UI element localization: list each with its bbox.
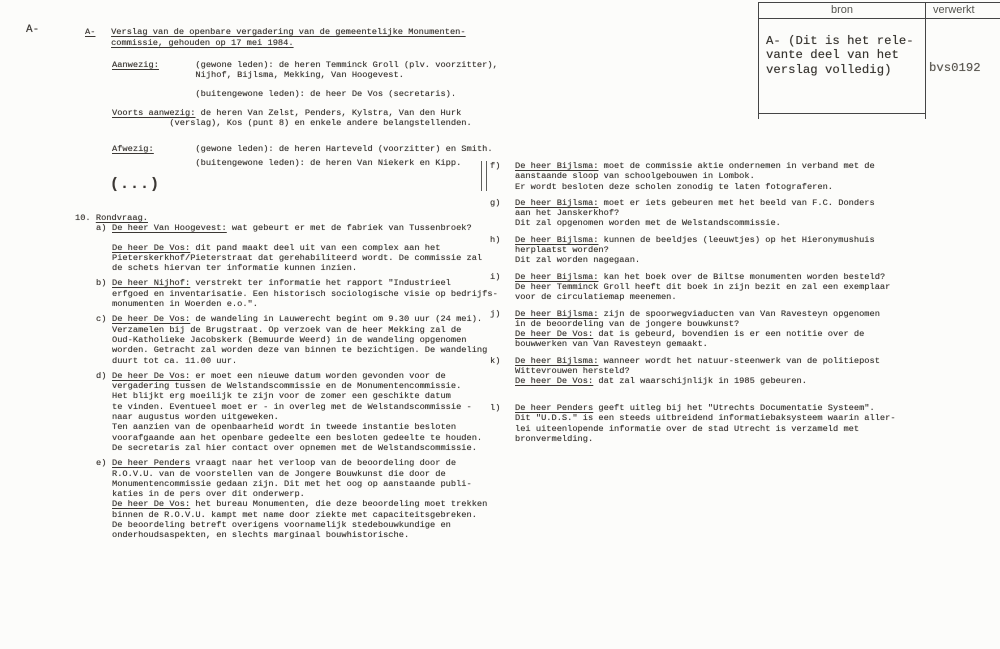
agenda-item-label: g) (490, 198, 500, 208)
stamp-table: bron verwerkt A- (Dit is het rele-vante … (758, 2, 1000, 119)
rondvraag-heading: 10. Rondvraag. (75, 213, 498, 223)
stamp-header-divider (759, 18, 1000, 19)
agenda-item-text: De heer Penders geeft uitleg bij het "Ut… (515, 403, 896, 444)
stamp-column-header-verwerkt: verwerkt (933, 4, 975, 16)
agenda-item-text: De heer Bijlsma: moet de commissie aktie… (515, 161, 896, 192)
corner-margin-mark: A- (26, 24, 39, 36)
agenda-item-text: De heer Nijhof: verstrekt ter informatie… (112, 278, 498, 309)
agenda-item-text: De heer De Vos: de wandeling in Lauwerec… (112, 314, 498, 365)
rondvraag-section: 10. Rondvraag. a) De heer Van Hoogevest:… (75, 213, 498, 546)
agenda-item-label: i) (490, 272, 500, 282)
agenda-item-label: e) (96, 458, 106, 468)
agenda-item: c) De heer De Vos: de wandeling in Lauwe… (96, 314, 498, 365)
agenda-item-text: De heer Penders vraagt naar het verloop … (112, 458, 498, 540)
agenda-item: f) De heer Bijlsma: moet de commissie ak… (490, 161, 896, 192)
agenda-item-label: j) (490, 309, 500, 319)
agenda-item: b) De heer Nijhof: verstrekt ter informa… (96, 278, 498, 309)
agenda-item-text: De heer Bijlsma: kunnen de beeldjes (lee… (515, 235, 896, 266)
stamp-bron-note: A- (Dit is het rele-vante deel van hetve… (766, 34, 914, 77)
agenda-item-text: De heer Bijlsma: wanneer wordt het natuu… (515, 356, 896, 397)
stamp-column-header-bron: bron (759, 4, 925, 16)
agenda-item: k) De heer Bijlsma: wanneer wordt het na… (490, 356, 896, 397)
agenda-item: h) De heer Bijlsma: kunnen de beeldjes (… (490, 235, 896, 266)
margin-tick-mark (481, 161, 487, 191)
agenda-item: i) De heer Bijlsma: kan het boek over de… (490, 272, 896, 303)
agenda-item-label: k) (490, 356, 500, 366)
scanned-document-page: A- bron verwerkt A- (Dit is het rele-van… (0, 0, 1000, 649)
agenda-items-f-l: f) De heer Bijlsma: moet de commissie ak… (490, 161, 896, 450)
agenda-item-text: De heer Bijlsma: kan het boek over de Bi… (515, 272, 896, 303)
agenda-item-label: c) (96, 314, 106, 324)
agenda-item-label: h) (490, 235, 500, 245)
attendance-block: Aanwezig: (gewone leden): de heren Temmi… (112, 60, 498, 168)
agenda-item-text: De heer Bijlsma: moet er iets gebeuren m… (515, 198, 896, 229)
agenda-item: l) De heer Penders geeft uitleg bij het … (490, 403, 896, 444)
agenda-item-label: b) (96, 278, 106, 288)
stamp-verwerkt-code: bvs0192 (929, 61, 981, 75)
agenda-item: j) De heer Bijlsma: zijn de spoorwegviad… (490, 309, 896, 350)
agenda-item-label: a) (96, 223, 106, 233)
agenda-item: g) De heer Bijlsma: moet er iets gebeure… (490, 198, 896, 229)
agenda-item: d) De heer De Vos: er moet een nieuwe da… (96, 371, 498, 453)
agenda-item-text: De heer De Vos: er moet een nieuwe datum… (112, 371, 498, 453)
stamp-bottom-border (759, 113, 925, 114)
agenda-item-text: De heer Van Hoogevest: wat gebeurt er me… (112, 223, 498, 273)
agenda-items-a-e: a) De heer Van Hoogevest: wat gebeurt er… (96, 223, 498, 540)
omission-ellipsis: (...) (110, 176, 160, 193)
agenda-item-label: d) (96, 371, 106, 381)
agenda-item: e) De heer Penders vraagt naar het verlo… (96, 458, 498, 540)
agenda-item-label: f) (490, 161, 500, 171)
agenda-item: a) De heer Van Hoogevest: wat gebeurt er… (96, 223, 498, 273)
document-title: A- Verslag van de openbare vergadering v… (85, 27, 466, 50)
agenda-item-label: l) (490, 403, 500, 413)
agenda-item-text: De heer Bijlsma: zijn de spoorwegviaduct… (515, 309, 896, 350)
stamp-column-divider (925, 3, 926, 119)
